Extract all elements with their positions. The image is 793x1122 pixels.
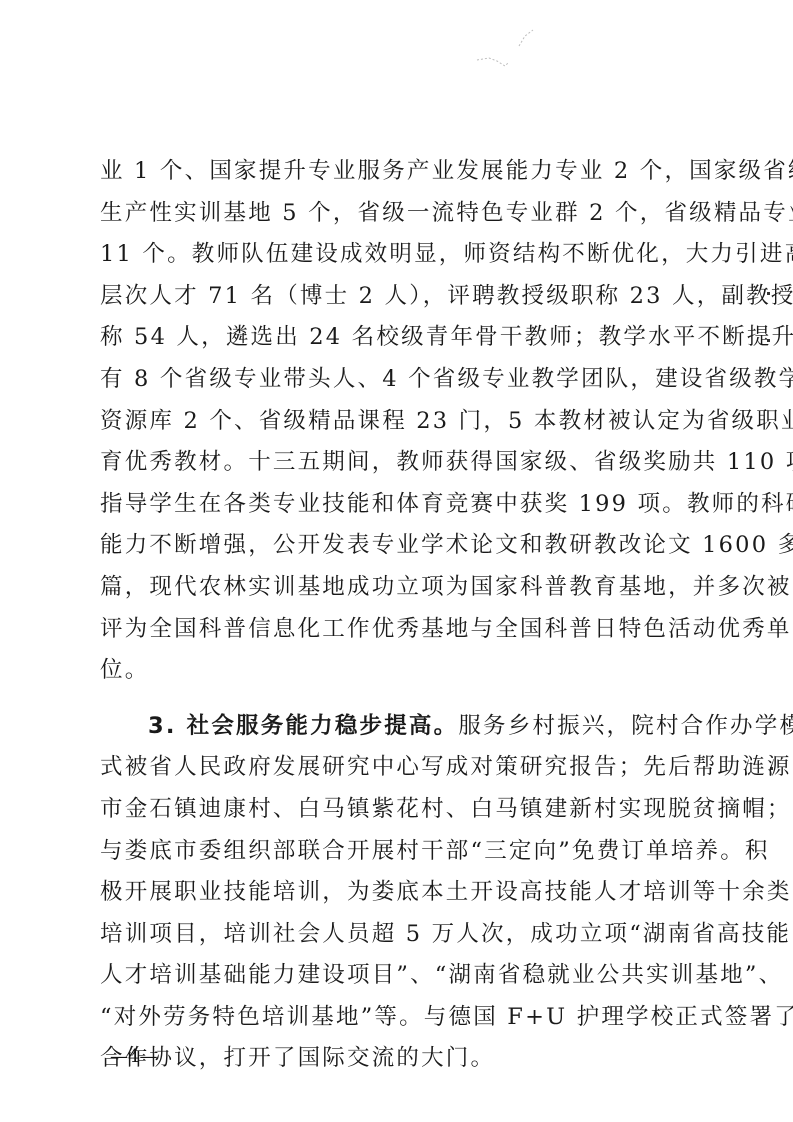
text-line: 有 8 个省级专业带头人、4 个省级专业教学团队，建设省级教学 (100, 359, 702, 401)
document-page: 业 1 个、国家提升专业服务产业发展能力专业 2 个，国家级省级 生产性实训基地… (0, 0, 793, 1122)
text-line: 与娄底市委组织部联合开展村干部“三定向”免费订单培养。积 (100, 831, 702, 873)
text-line: “对外劳务特色培训基地”等。与德国 F+U 护理学校正式签署了 (100, 997, 702, 1039)
scan-artifact-mark (475, 22, 565, 72)
text-line: 资源库 2 个、省级精品课程 23 门，5 本教材被认定为省级职业教 (100, 401, 702, 443)
text-line: 培训项目，培训社会人员超 5 万人次，成功立项“湖南省高技能 (100, 914, 702, 956)
page-number: —4— (110, 1046, 157, 1067)
text-line: 11 个。教师队伍建设成效明显，师资结构不断优化，大力引进高 (100, 234, 702, 276)
text-line: 育优秀教材。十三五期间，教师获得国家级、省级奖励共 110 项， (100, 442, 702, 484)
paragraph-social-service: 3. 社会服务能力稳步提高。服务乡村振兴，院村合作办学模 式被省人民政府发展研究… (100, 706, 702, 1080)
text-line: 能力不断增强，公开发表专业学术论文和教研教改论文 1600 多 (100, 525, 702, 567)
text-line: 生产性实训基地 5 个，省级一流特色专业群 2 个，省级精品专业 (100, 193, 702, 235)
section-first-line: 3. 社会服务能力稳步提高。服务乡村振兴，院村合作办学模 (100, 706, 702, 748)
text-line: 业 1 个、国家提升专业服务产业发展能力专业 2 个，国家级省级 (100, 151, 702, 193)
text-line: 极开展职业技能培训，为娄底本土开设高技能人才培训等十余类 (100, 872, 702, 914)
text-line: 市金石镇迪康村、白马镇紫花村、白马镇建新村实现脱贫摘帽； (100, 789, 702, 831)
text-line: 篇，现代农林实训基地成功立项为国家科普教育基地，并多次被 (100, 567, 702, 609)
document-body: 业 1 个、国家提升专业服务产业发展能力专业 2 个，国家级省级 生产性实训基地… (100, 151, 702, 1080)
text-line: 人才培训基础能力建设项目”、“湖南省稳就业公共实训基地”、 (100, 955, 702, 997)
paragraph-spacer (100, 692, 702, 706)
text-line: 称 54 人，遴选出 24 名校级青年骨干教师；教学水平不断提升， (100, 317, 702, 359)
paragraph-teaching-staff: 业 1 个、国家提升专业服务产业发展能力专业 2 个，国家级省级 生产性实训基地… (100, 151, 702, 692)
text-line: 式被省人民政府发展研究中心写成对策研究报告；先后帮助涟源 (100, 747, 702, 789)
text-line: 位。 (100, 650, 702, 692)
text-line: 合作协议，打开了国际交流的大门。 (100, 1038, 702, 1080)
text-fragment: 服务乡村振兴，院村合作办学模 (458, 713, 793, 739)
text-line: 指导学生在各类专业技能和体育竞赛中获奖 199 项。教师的科研 (100, 484, 702, 526)
text-line: 评为全国科普信息化工作优秀基地与全国科普日特色活动优秀单 (100, 609, 702, 651)
section-heading: 3. 社会服务能力稳步提高。 (148, 713, 458, 739)
text-line: 层次人才 71 名（博士 2 人），评聘教授级职称 23 人，副教授级职 (100, 276, 702, 318)
